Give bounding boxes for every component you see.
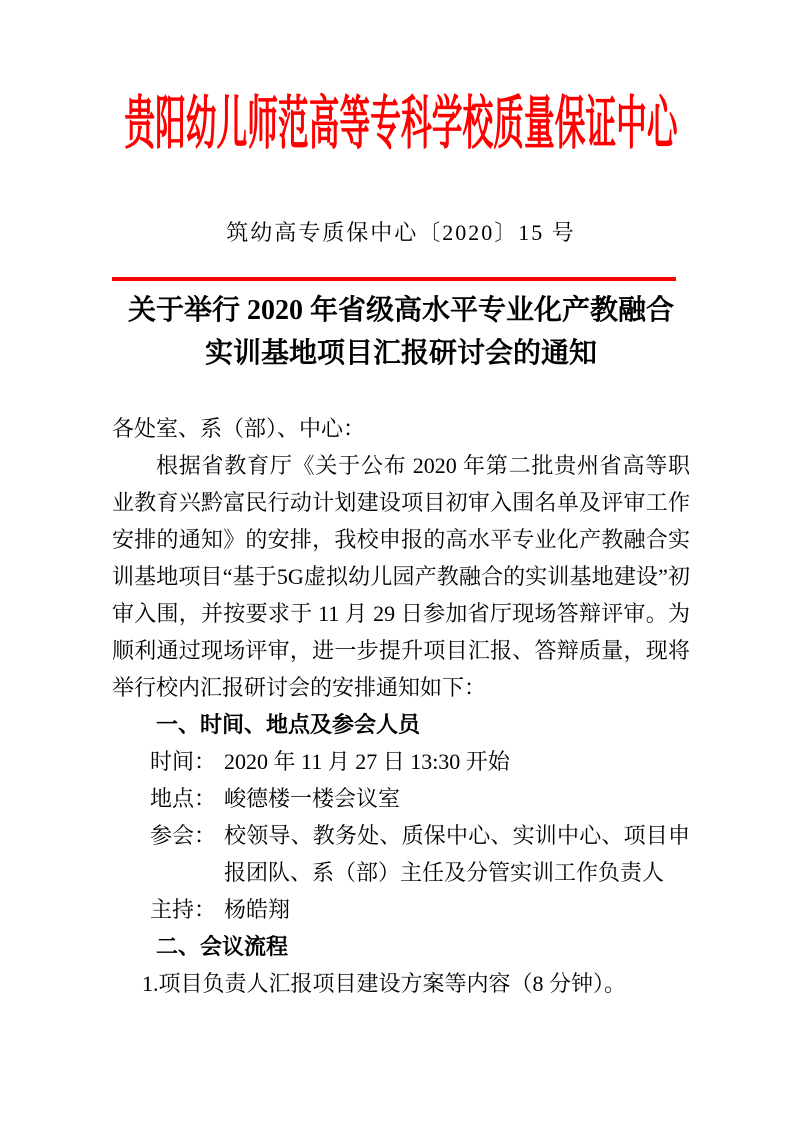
host-value: 杨皓翔 bbox=[224, 891, 690, 928]
time-value: 2020 年 11 月 27 日 13:30 开始 bbox=[224, 743, 690, 780]
host-label: 主持： bbox=[150, 891, 224, 928]
info-row-location: 地点： 峻德楼一楼会议室 bbox=[112, 780, 690, 817]
participants-value: 校领导、教务处、质保中心、实训中心、项目申报团队、系（部）主任及分管实训工作负责… bbox=[224, 817, 690, 891]
letterhead: 贵阳幼儿师范高等专科学校质量保证中心 bbox=[112, 88, 690, 160]
notice-title: 关于举行 2020 年省级高水平专业化产教融合 实训基地项目汇报研讨会的通知 bbox=[112, 289, 690, 375]
notice-body: 各处室、系（部）、中心： 根据省教育厅《关于公布 2020 年第二批贵州省高等职… bbox=[112, 410, 690, 1002]
notice-title-line1: 关于举行 2020 年省级高水平专业化产教融合 bbox=[112, 289, 690, 332]
letterhead-title: 贵阳幼儿师范高等专科学校质量保证中心 bbox=[124, 88, 677, 160]
document-page: 贵阳幼儿师范高等专科学校质量保证中心 筑幼高专质保中心〔2020〕15 号 关于… bbox=[0, 0, 793, 1122]
section-1-heading: 一、时间、地点及参会人员 bbox=[112, 706, 690, 743]
info-row-time: 时间： 2020 年 11 月 27 日 13:30 开始 bbox=[112, 743, 690, 780]
info-row-participants: 参会： 校领导、教务处、质保中心、实训中心、项目申报团队、系（部）主任及分管实训… bbox=[112, 817, 690, 891]
info-row-host: 主持： 杨皓翔 bbox=[112, 891, 690, 928]
participants-label: 参会： bbox=[150, 817, 224, 854]
intro-paragraph: 根据省教育厅《关于公布 2020 年第二批贵州省高等职业教育兴黔富民行动计划建设… bbox=[112, 447, 690, 706]
location-value: 峻德楼一楼会议室 bbox=[224, 780, 690, 817]
agenda-item-1: 1.项目负责人汇报项目建设方案等内容（8 分钟）。 bbox=[112, 965, 690, 1002]
notice-title-line2: 实训基地项目汇报研讨会的通知 bbox=[112, 332, 690, 375]
red-divider-line bbox=[112, 277, 676, 281]
document-number: 筑幼高专质保中心〔2020〕15 号 bbox=[112, 218, 690, 248]
document-content: 贵阳幼儿师范高等专科学校质量保证中心 筑幼高专质保中心〔2020〕15 号 关于… bbox=[112, 0, 690, 1002]
salutation: 各处室、系（部）、中心： bbox=[112, 410, 690, 447]
section-2-heading: 二、会议流程 bbox=[112, 928, 690, 965]
location-label: 地点： bbox=[150, 780, 224, 817]
time-label: 时间： bbox=[150, 743, 224, 780]
